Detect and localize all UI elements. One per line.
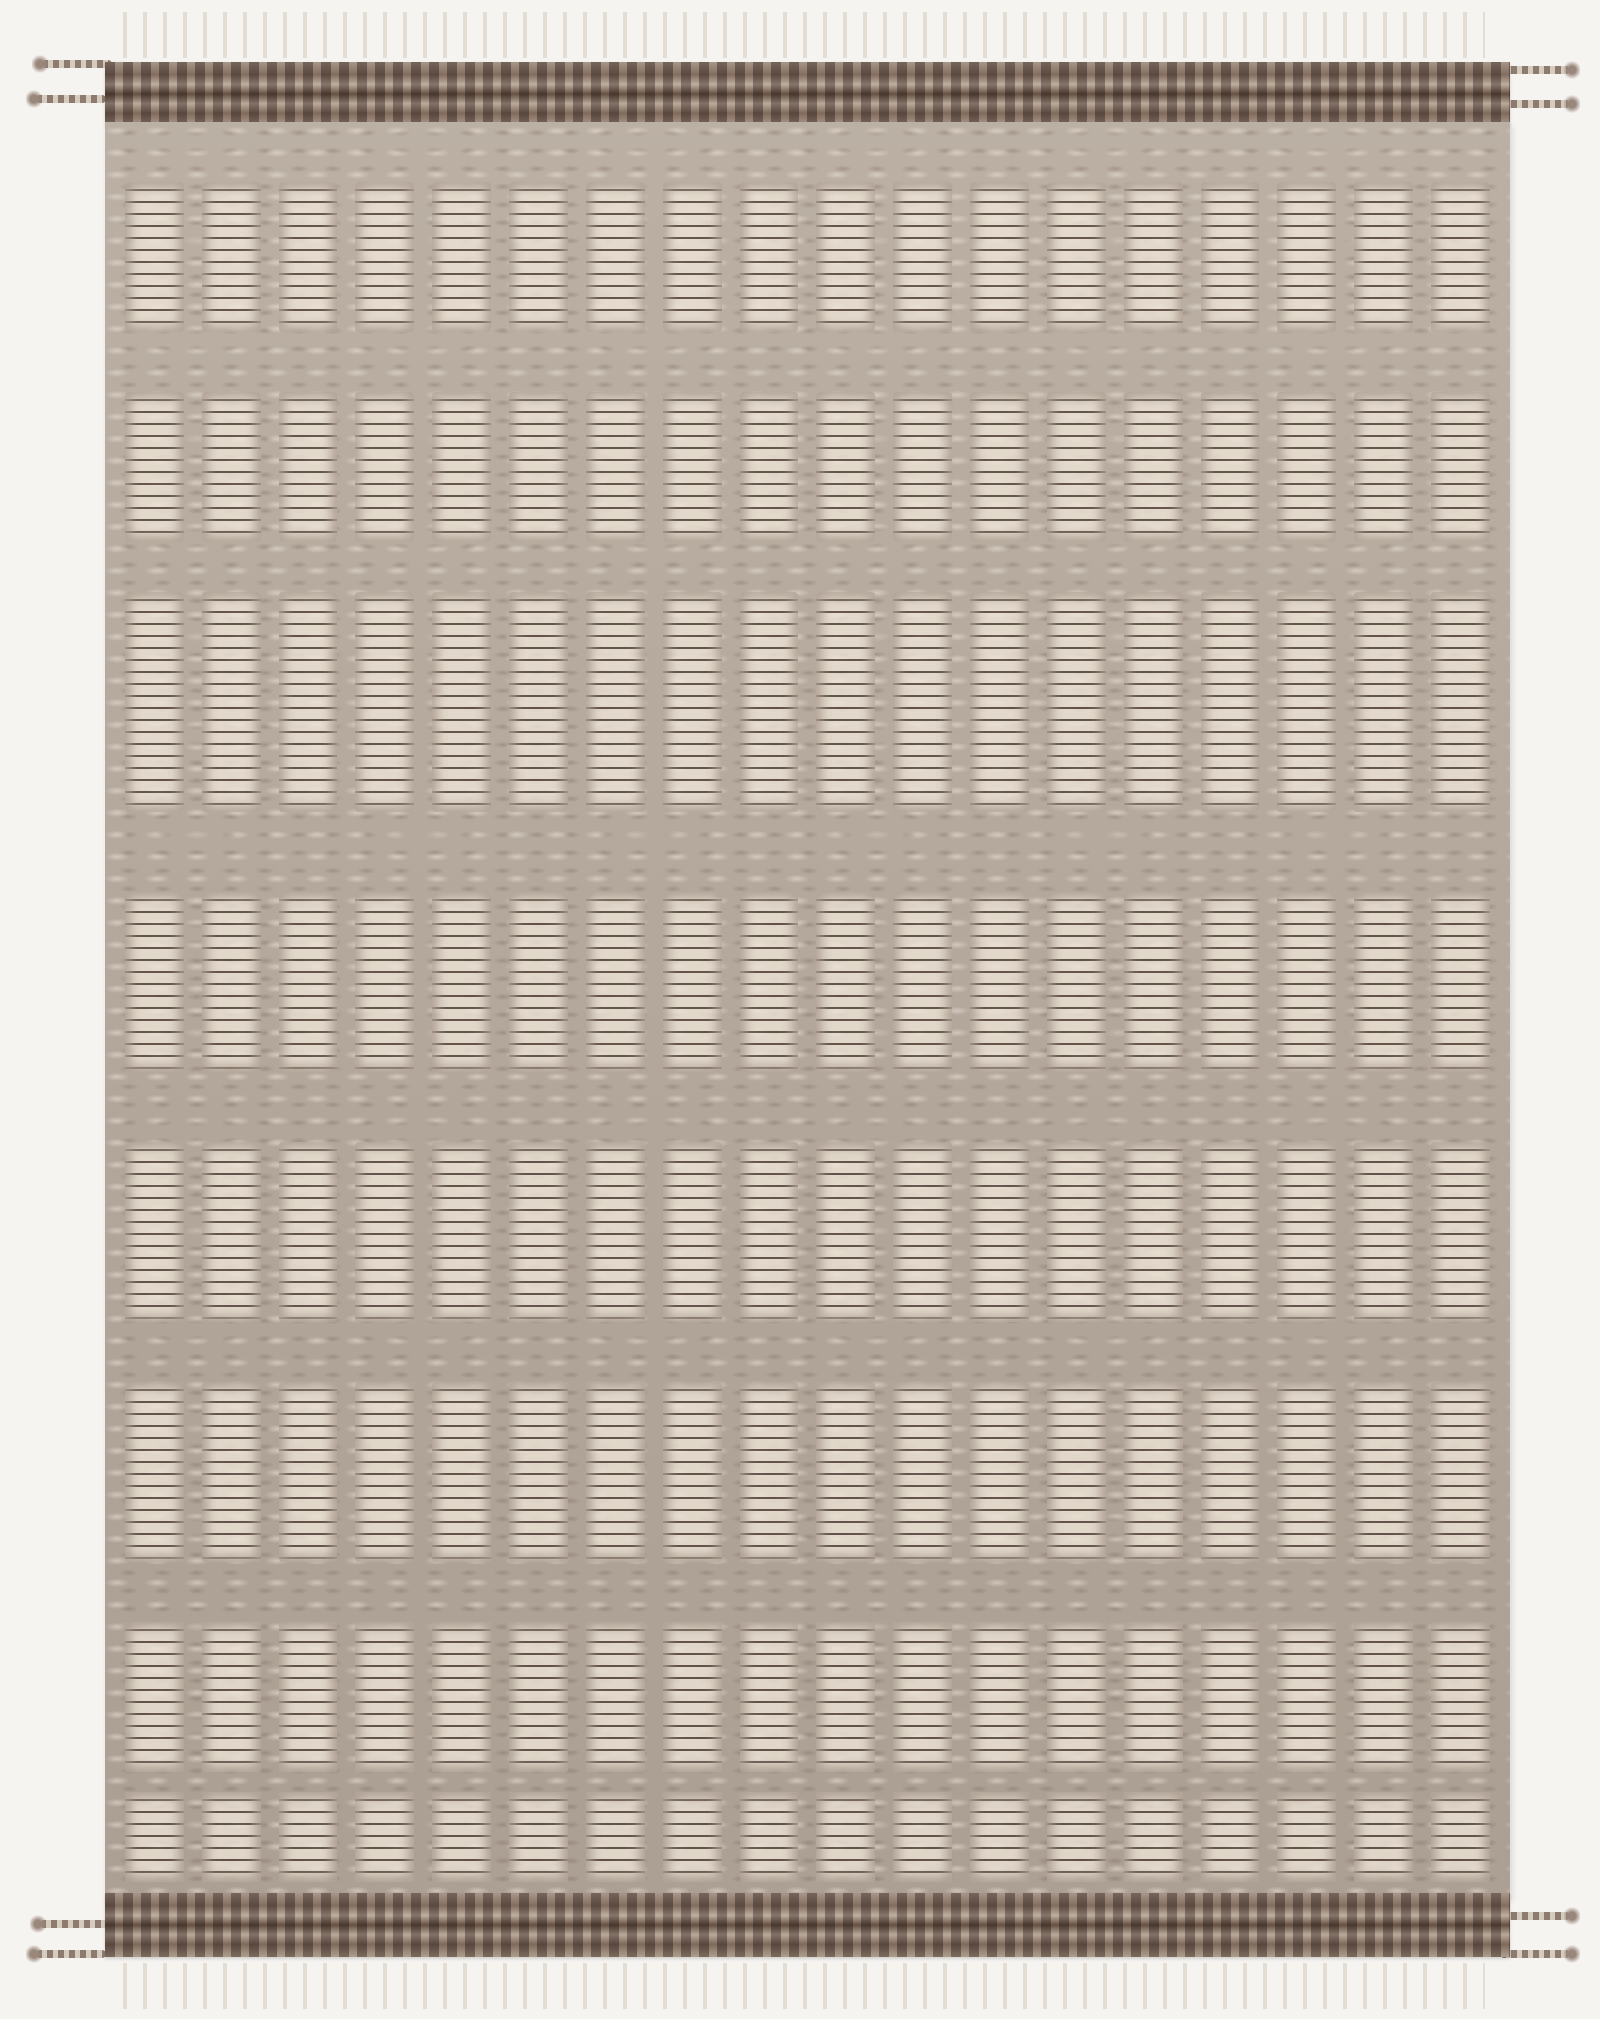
panel-row xyxy=(125,182,1490,332)
tassel-bottom-left-2 xyxy=(36,1950,106,1958)
tassel-bottom-right-1 xyxy=(1500,1912,1570,1920)
panel-row xyxy=(125,1142,1490,1322)
tassel-top-left-2 xyxy=(36,95,106,103)
panel-row xyxy=(125,392,1490,542)
top-kilim-band xyxy=(105,62,1510,126)
rug-pile-field xyxy=(105,122,1510,1897)
panel-row xyxy=(125,1792,1490,1882)
bottom-fringe xyxy=(115,1963,1485,2009)
tassel-top-right-1 xyxy=(1500,66,1570,74)
tassel-bottom-right-2 xyxy=(1500,1950,1570,1958)
bottom-kilim-band xyxy=(105,1893,1510,1957)
top-fringe xyxy=(115,12,1485,58)
tassel-top-left-1 xyxy=(42,60,112,68)
panel-row xyxy=(125,1622,1490,1772)
panel-row xyxy=(125,1382,1490,1562)
rug xyxy=(105,62,1510,1957)
panel-row xyxy=(125,892,1490,1072)
tassel-bottom-left-1 xyxy=(40,1920,110,1928)
panel-row xyxy=(125,592,1490,812)
tassel-top-right-2 xyxy=(1500,100,1570,108)
